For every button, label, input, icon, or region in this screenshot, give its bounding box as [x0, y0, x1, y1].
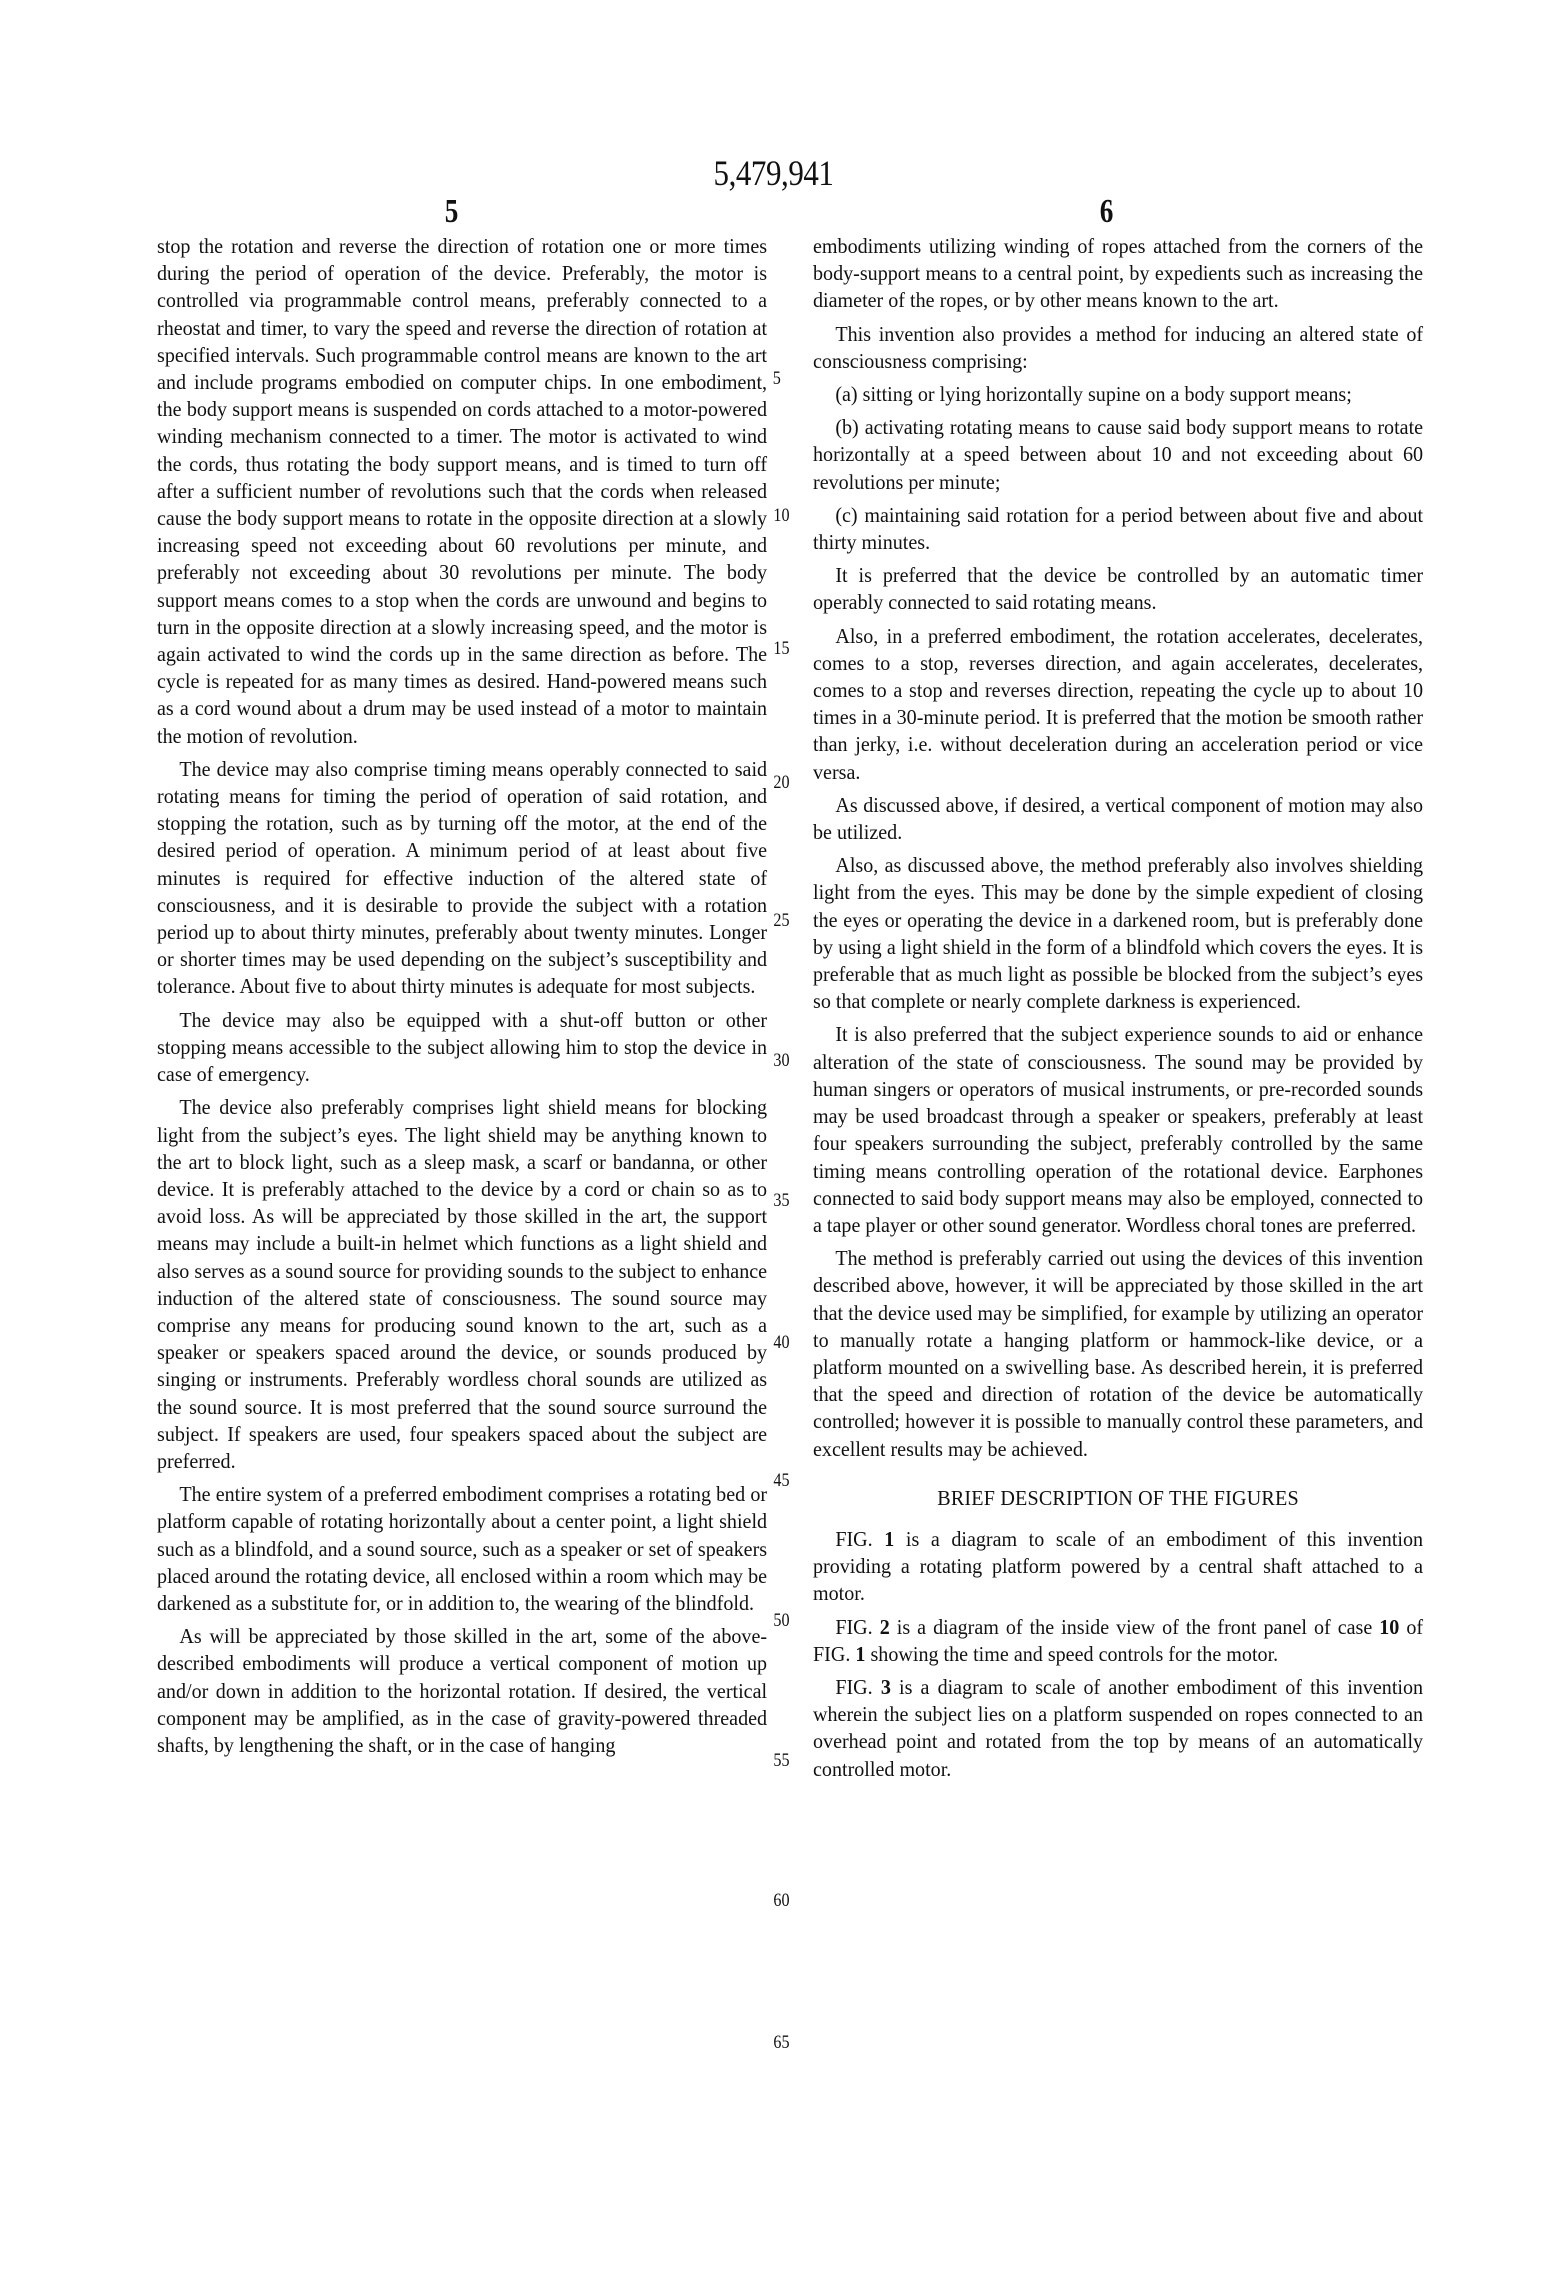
claim-step-c: (c) maintaining said rotation for a peri…	[813, 502, 1423, 556]
fig-reference: 1	[855, 1642, 865, 1666]
fig-text: is a diagram to scale of an embodiment o…	[813, 1527, 1423, 1605]
line-number: 45	[773, 1470, 789, 1492]
paragraph: The entire system of a preferred embodim…	[157, 1481, 767, 1617]
line-number: 15	[773, 638, 789, 660]
line-number: 35	[773, 1190, 789, 1212]
fig-text: showing the time and speed controls for …	[865, 1642, 1278, 1666]
line-number: 55	[773, 1750, 789, 1772]
line-number: 25	[773, 910, 789, 932]
paragraph: It is also preferred that the subject ex…	[813, 1021, 1423, 1239]
left-text-column: stop the rotation and reverse the direct…	[157, 233, 767, 1765]
figure-description-1: FIG. 1 is a diagram to scale of an embod…	[813, 1526, 1423, 1608]
paragraph: The device may also be equipped with a s…	[157, 1007, 767, 1089]
paragraph: As discussed above, if desired, a vertic…	[813, 792, 1423, 846]
line-number: 30	[773, 1050, 789, 1072]
line-number: 5	[773, 368, 781, 390]
fig-text: is a diagram to scale of another embodim…	[813, 1675, 1423, 1781]
paragraph: stop the rotation and reverse the direct…	[157, 233, 767, 750]
reference-numeral: 10	[1379, 1615, 1399, 1639]
figure-description-3: FIG. 3 is a diagram to scale of another …	[813, 1674, 1423, 1783]
line-number: 60	[773, 1890, 789, 1912]
paragraph: The device may also comprise timing mean…	[157, 756, 767, 1001]
column-number-right: 6	[1100, 193, 1114, 231]
fig-number: 3	[881, 1675, 891, 1699]
paragraph: It is preferred that the device be contr…	[813, 562, 1423, 616]
line-number: 65	[773, 2032, 789, 2054]
fig-number: 1	[884, 1527, 894, 1551]
paragraph: As will be appreciated by those skilled …	[157, 1623, 767, 1759]
fig-prefix: FIG.	[835, 1527, 884, 1551]
column-number-left: 5	[445, 193, 459, 231]
right-text-column: embodiments utilizing winding of ropes a…	[813, 233, 1421, 1789]
paragraph: embodiments utilizing winding of ropes a…	[813, 233, 1423, 315]
fig-text: is a diagram of the inside view of the f…	[890, 1615, 1380, 1639]
paragraph: This invention also provides a method fo…	[813, 321, 1423, 375]
paragraph: Also, in a preferred embodiment, the rot…	[813, 623, 1423, 786]
line-number-gutter: 5 10 15 20 25 30 35 40 45 50 55 60 65	[772, 0, 806, 2272]
claim-step-b: (b) activating rotating means to cause s…	[813, 414, 1423, 496]
line-number: 50	[773, 1610, 789, 1632]
line-number: 20	[773, 772, 789, 794]
line-number: 40	[773, 1332, 789, 1354]
fig-prefix: FIG.	[835, 1615, 879, 1639]
line-number: 10	[773, 505, 789, 527]
fig-prefix: FIG.	[835, 1675, 881, 1699]
section-heading: BRIEF DESCRIPTION OF THE FIGURES	[813, 1485, 1423, 1512]
paragraph: The method is preferably carried out usi…	[813, 1245, 1423, 1463]
figure-description-2: FIG. 2 is a diagram of the inside view o…	[813, 1614, 1423, 1668]
paragraph: Also, as discussed above, the method pre…	[813, 852, 1423, 1015]
fig-number: 2	[880, 1615, 890, 1639]
claim-step-a: (a) sitting or lying horizontally supine…	[813, 381, 1423, 408]
paragraph: The device also preferably comprises lig…	[157, 1094, 767, 1475]
